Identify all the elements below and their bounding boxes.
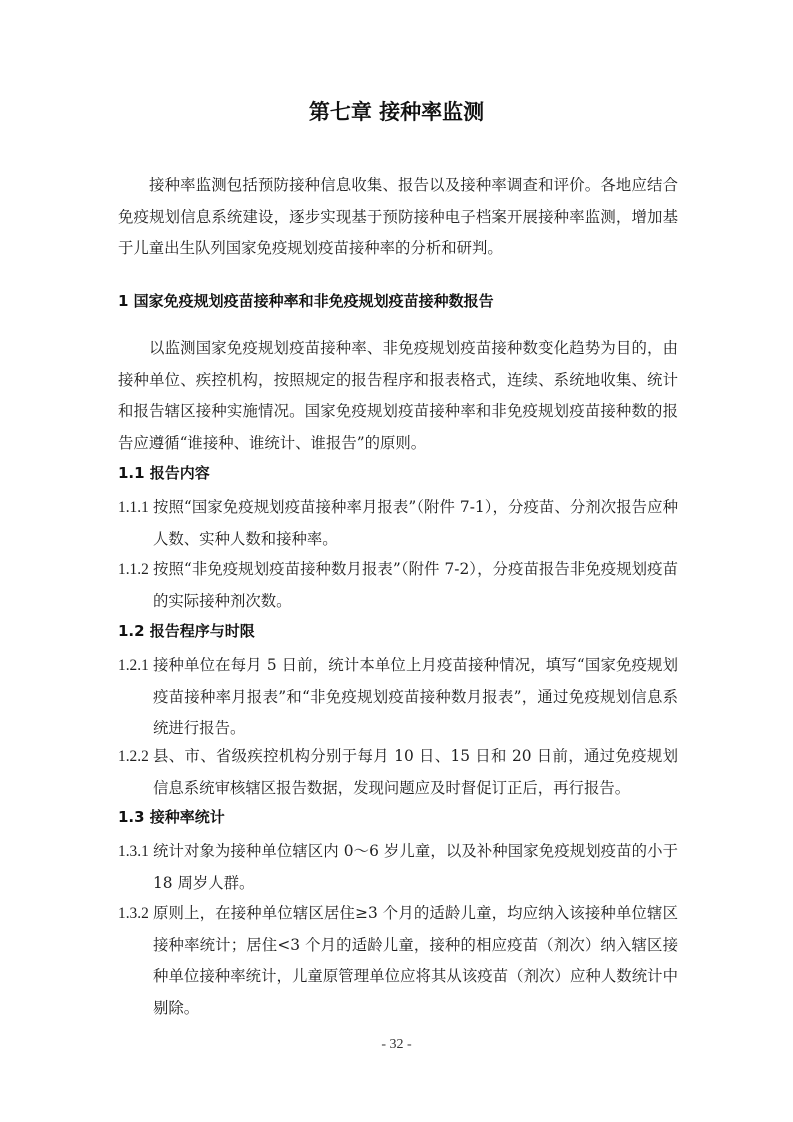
list-item-1-1-1: 1.1.1 按照“国家免疫规划疫苗接种率月报表”（附件 7-1），分疫苗、分剂次… bbox=[118, 492, 678, 555]
chapter-title: 第七章 接种率监测 bbox=[0, 96, 793, 126]
section-heading-1-1: 1.1 报告内容 bbox=[118, 462, 210, 483]
item-text: 县、市、省级疾控机构分别于每月 10 日、15 日和 20 日前，通过免疫规划信… bbox=[153, 741, 678, 804]
item-text: 按照“非免疫规划疫苗接种数月报表”（附件 7-2），分疫苗报告非免疫规划疫苗的实… bbox=[153, 554, 678, 617]
list-item-1-3-1: 1.3.1 统计对象为接种单位辖区内 0～6 岁儿童，以及补种国家免疫规划疫苗的… bbox=[118, 836, 678, 899]
item-number: 1.1.1 bbox=[118, 492, 152, 524]
item-text: 原则上，在接种单位辖区居住≥3 个月的适龄儿童，均应纳入该接种单位辖区接种率统计… bbox=[153, 898, 678, 1024]
page-number: - 32 - bbox=[0, 1037, 793, 1053]
list-item-1-1-2: 1.1.2 按照“非免疫规划疫苗接种数月报表”（附件 7-2），分疫苗报告非免疫… bbox=[118, 554, 678, 617]
item-number: 1.3.1 bbox=[118, 836, 152, 868]
item-text: 统计对象为接种单位辖区内 0～6 岁儿童，以及补种国家免疫规划疫苗的小于 18 … bbox=[153, 836, 678, 899]
item-number: 1.1.2 bbox=[118, 554, 152, 586]
section-heading-1-2: 1.2 报告程序与时限 bbox=[118, 620, 255, 641]
list-item-1-3-2: 1.3.2 原则上，在接种单位辖区居住≥3 个月的适龄儿童，均应纳入该接种单位辖… bbox=[118, 898, 678, 1024]
list-item-1-2-2: 1.2.2 县、市、省级疾控机构分别于每月 10 日、15 日和 20 日前，通… bbox=[118, 741, 678, 804]
item-number: 1.2.1 bbox=[118, 650, 152, 682]
document-page: 第七章 接种率监测 接种率监测包括预防接种信息收集、报告以及接种率调查和评价。各… bbox=[0, 0, 793, 1122]
section-heading-1-3: 1.3 接种率统计 bbox=[118, 806, 225, 827]
item-number: 1.2.2 bbox=[118, 741, 152, 773]
section-1-paragraph: 以监测国家免疫规划疫苗接种率、非免疫规划疫苗接种数变化趋势为目的，由接种单位、疾… bbox=[118, 333, 678, 459]
item-number: 1.3.2 bbox=[118, 898, 152, 930]
section-heading-1: 1 国家免疫规划疫苗接种率和非免疫规划疫苗接种数报告 bbox=[118, 290, 494, 311]
list-item-1-2-1: 1.2.1 接种单位在每月 5 日前，统计本单位上月疫苗接种情况，填写“国家免疫… bbox=[118, 650, 678, 745]
item-text: 按照“国家免疫规划疫苗接种率月报表”（附件 7-1），分疫苗、分剂次报告应种人数… bbox=[153, 492, 678, 555]
intro-paragraph: 接种率监测包括预防接种信息收集、报告以及接种率调查和评价。各地应结合免疫规划信息… bbox=[118, 170, 678, 265]
item-text: 接种单位在每月 5 日前，统计本单位上月疫苗接种情况，填写“国家免疫规划疫苗接种… bbox=[153, 650, 678, 745]
